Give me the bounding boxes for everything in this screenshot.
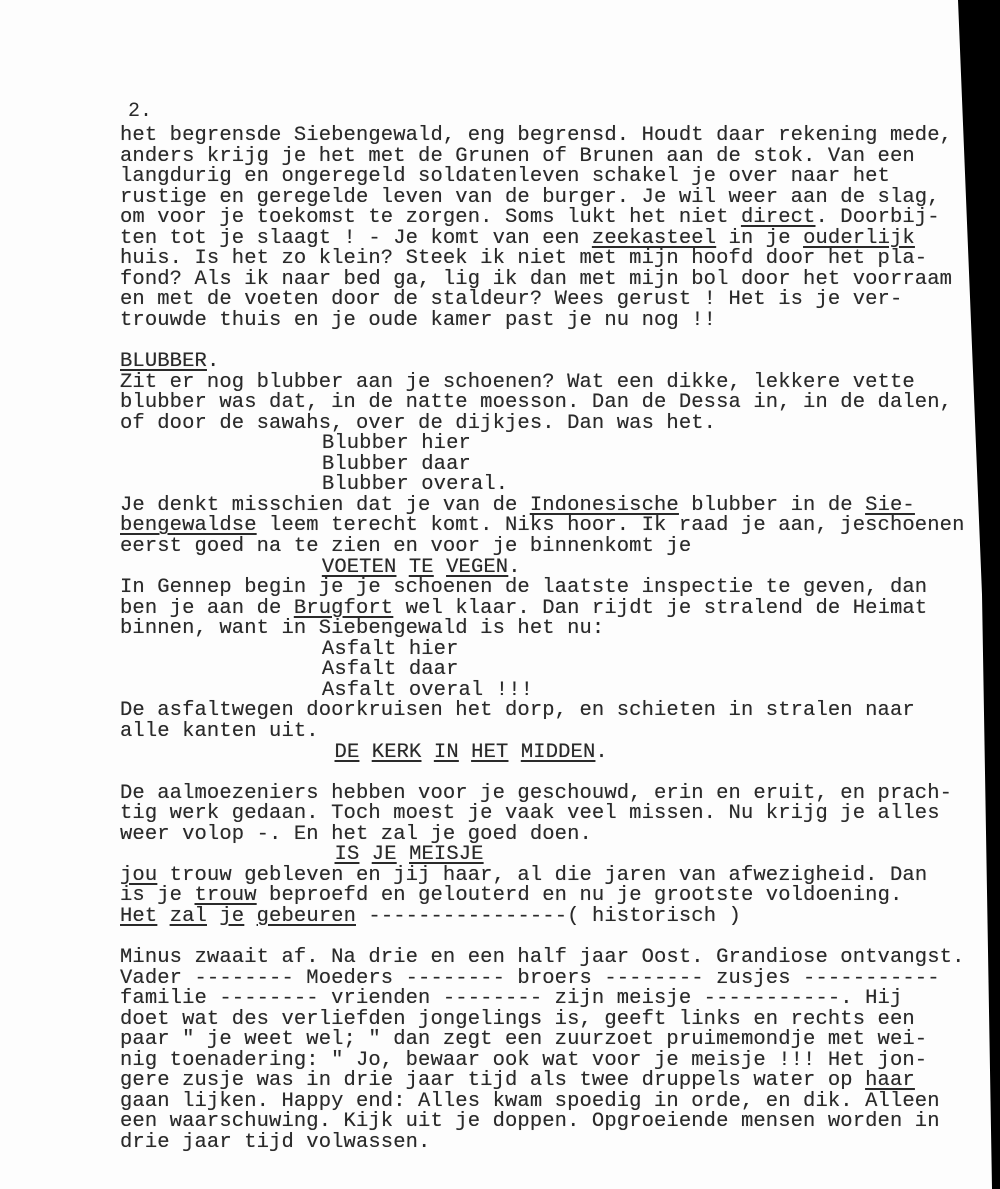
text-segment: weer volop -. En het zal je goed doen. [120, 823, 592, 846]
text-segment: in je [716, 227, 803, 250]
text-segment: het begrensde Siebengewald, eng begrensd… [120, 124, 952, 147]
underlined-text: Indonesische [530, 494, 679, 517]
text-segment: De asfaltwegen doorkruisen het dorp, en … [120, 699, 915, 722]
text-line: trouwde thuis en je oude kamer past je n… [120, 311, 716, 331]
text-line: Asfalt hier [322, 640, 459, 660]
underlined-text: direct [741, 206, 816, 229]
text-line: alle kanten uit. [120, 722, 319, 742]
scan-border [940, 0, 1000, 1189]
text-line: In Gennep begin je je schoenen de laatst… [120, 578, 927, 598]
underlined-text: Brugfort [294, 597, 393, 620]
text-segment: beproefd en gelouterd en nu je grootste … [257, 884, 903, 907]
text-segment: en met de voeten door de staldeur? Wees … [120, 288, 902, 311]
text-segment: Asfalt daar [322, 658, 459, 681]
text-line: het begrensde Siebengewald, eng begrensd… [120, 126, 952, 146]
underlined-text: zeekasteel [592, 227, 716, 250]
text-segment: gere zusje was in drie jaar tijd als twe… [120, 1069, 865, 1092]
text-segment: trouw gebleven en jij haar, al die jaren… [157, 864, 927, 887]
text-segment: ben je aan de [120, 597, 294, 620]
text-line: De asfaltwegen doorkruisen het dorp, en … [120, 701, 915, 721]
text-segment: ten tot je slaagt ! - Je komt van een [120, 227, 592, 250]
text-line: weer volop -. En het zal je goed doen. [120, 825, 592, 845]
text-segment: nig toenadering: " Jo, bewaar ook wat vo… [120, 1049, 927, 1072]
text-line: anders krijg je het met de Grunen of Bru… [120, 147, 915, 167]
text-segment: tig werk gedaan. Toch moest je vaak veel… [120, 802, 940, 825]
text-line: of door de sawahs, over de dijkjes. Dan … [120, 414, 716, 434]
text-line: BLUBBER. [120, 352, 219, 372]
text-line: Blubber daar [322, 455, 471, 475]
underlined-text: IS [335, 843, 360, 866]
underlined-text: Sie- [865, 494, 915, 517]
text-line: Het zal je gebeuren ----------------( hi… [120, 907, 741, 927]
text-segment: wel klaar. Dan rijdt je stralend de Heim… [393, 597, 927, 620]
text-segment: ----------------( historisch ) [356, 905, 741, 928]
text-segment: langdurig en ongeregeld soldatenleven sc… [120, 165, 890, 188]
text-segment [421, 741, 433, 764]
underlined-text: zal [170, 905, 207, 928]
text-line: DE KERK IN HET MIDDEN. [335, 743, 608, 763]
text-line: rustige en geregelde leven van de burger… [120, 188, 940, 208]
text-segment [397, 843, 409, 866]
text-line: binnen, want in Siebengewald is het nu: [120, 619, 604, 639]
text-segment: Blubber hier [322, 432, 471, 455]
text-segment: een waarschuwing. Kijk uit je doppen. Op… [120, 1110, 940, 1133]
text-segment: blubber in de [679, 494, 865, 517]
underlined-text: HET [471, 741, 508, 764]
text-line: tig werk gedaan. Toch moest je vaak veel… [120, 804, 940, 824]
text-line: ben je aan de Brugfort wel klaar. Dan ri… [120, 599, 927, 619]
text-segment: anders krijg je het met de Grunen of Bru… [120, 145, 915, 168]
text-segment: rustige en geregelde leven van de burger… [120, 186, 940, 209]
underlined-text: VEGEN [446, 556, 508, 579]
typewritten-page: 2. het begrensde Siebengewald, eng begre… [0, 0, 1000, 1189]
text-segment: alle kanten uit. [120, 720, 319, 743]
text-line: Zit er nog blubber aan je schoenen? Wat … [120, 373, 915, 393]
text-line: eerst goed na te zien en voor je binnenk… [120, 537, 691, 557]
underlined-text: Het [120, 905, 157, 928]
underlined-text: haar [865, 1069, 915, 1092]
text-line: paar " je weet wel; " dan zegt een zuurz… [120, 1030, 927, 1050]
text-line: gere zusje was in drie jaar tijd als twe… [120, 1071, 915, 1091]
text-segment [396, 556, 408, 579]
text-line: fond? Als ik naar bed ga, lig ik dan met… [120, 270, 952, 290]
underlined-text: MEISJE [409, 843, 484, 866]
text-line: ten tot je slaagt ! - Je komt van een ze… [120, 229, 915, 249]
text-line: blubber was dat, in de natte moesson. Da… [120, 393, 952, 413]
text-segment [508, 741, 520, 764]
text-segment [434, 556, 446, 579]
text-segment: gaan lijken. Happy end: Alles kwam spoed… [120, 1090, 940, 1113]
text-line: nig toenadering: " Jo, bewaar ook wat vo… [120, 1051, 927, 1071]
text-line: huis. Is het zo klein? Steek ik niet met… [120, 249, 927, 269]
text-segment: familie -------- vrienden -------- zijn … [120, 987, 902, 1010]
text-line: Blubber overal. [322, 475, 508, 495]
text-line: IS JE MEISJE [335, 845, 484, 865]
text-segment: is je [120, 884, 195, 907]
text-segment [157, 905, 169, 928]
text-segment: blubber was dat, in de natte moesson. Da… [120, 391, 952, 414]
text-line: Blubber hier [322, 434, 471, 454]
text-line: een waarschuwing. Kijk uit je doppen. Op… [120, 1112, 940, 1132]
text-segment: binnen, want in Siebengewald is het nu: [120, 617, 604, 640]
text-line: bengewaldse leem terecht komt. Niks hoor… [120, 516, 965, 536]
text-segment [244, 905, 256, 928]
text-line: Asfalt daar [322, 660, 459, 680]
text-segment: Asfalt overal !!! [322, 679, 533, 702]
text-line: gaan lijken. Happy end: Alles kwam spoed… [120, 1092, 940, 1112]
underlined-text: MIDDEN [521, 741, 596, 764]
underlined-text: KERK [372, 741, 422, 764]
text-segment: huis. Is het zo klein? Steek ik niet met… [120, 247, 927, 270]
text-segment: Blubber overal. [322, 473, 508, 496]
underlined-text: ouderlijk [803, 227, 915, 250]
text-line: langdurig en ongeregeld soldatenleven sc… [120, 167, 890, 187]
underlined-text: DE [335, 741, 360, 764]
text-line: om voor je toekomst te zorgen. Soms lukt… [120, 208, 940, 228]
text-segment: . [595, 741, 607, 764]
underlined-text: gebeuren [257, 905, 356, 928]
text-segment: Minus zwaait af. Na drie en een half jaa… [120, 946, 964, 969]
text-segment: Asfalt hier [322, 638, 459, 661]
text-line: Je denkt misschien dat je van de Indones… [120, 496, 915, 516]
text-segment: . [508, 556, 520, 579]
text-line: drie jaar tijd volwassen. [120, 1133, 430, 1153]
text-segment: eerst goed na te zien en voor je binnenk… [120, 535, 691, 558]
text-line: jou trouw gebleven en jij haar, al die j… [120, 866, 927, 886]
text-segment: paar " je weet wel; " dan zegt een zuurz… [120, 1028, 927, 1051]
text-segment: Zit er nog blubber aan je schoenen? Wat … [120, 371, 915, 394]
text-segment [207, 905, 219, 928]
text-line: doet wat des verliefden jongelings is, g… [120, 1010, 915, 1030]
text-segment: drie jaar tijd volwassen. [120, 1131, 430, 1154]
underlined-text: jou [120, 864, 157, 887]
text-segment: Je denkt misschien dat je van de [120, 494, 530, 517]
text-segment [359, 741, 371, 764]
underlined-text: bengewaldse [120, 514, 257, 537]
text-line: Vader -------- Moeders -------- broers -… [120, 969, 940, 989]
text-line: Asfalt overal !!! [322, 681, 533, 701]
underlined-text: JE [372, 843, 397, 866]
text-line: familie -------- vrienden -------- zijn … [120, 989, 902, 1009]
text-line: VOETEN TE VEGEN. [322, 558, 521, 578]
text-line: is je trouw beproefd en gelouterd en nu … [120, 886, 902, 906]
text-segment: fond? Als ik naar bed ga, lig ik dan met… [120, 268, 952, 291]
text-segment: of door de sawahs, over de dijkjes. Dan … [120, 412, 716, 435]
text-segment: Blubber daar [322, 453, 471, 476]
text-line: Minus zwaait af. Na drie en een half jaa… [120, 948, 964, 968]
text-segment: In Gennep begin je je schoenen de laatst… [120, 576, 927, 599]
underlined-text: trouw [195, 884, 257, 907]
text-segment: trouwde thuis en je oude kamer past je n… [120, 309, 716, 332]
text-segment: om voor je toekomst te zorgen. Soms lukt… [120, 206, 741, 229]
text-segment [459, 741, 471, 764]
text-segment: . [207, 350, 219, 373]
text-segment: leem terecht komt. Niks hoor. Ik raad je… [257, 514, 965, 537]
text-line: De aalmoezeniers hebben voor je geschouw… [120, 784, 952, 804]
underlined-text: BLUBBER [120, 350, 207, 373]
page-number: 2. [128, 100, 152, 123]
underlined-text: IN [434, 741, 459, 764]
text-segment: De aalmoezeniers hebben voor je geschouw… [120, 782, 952, 805]
text-segment [359, 843, 371, 866]
text-segment: . Doorbij- [815, 206, 939, 229]
underlined-text: je [219, 905, 244, 928]
text-segment: doet wat des verliefden jongelings is, g… [120, 1008, 915, 1031]
underlined-text: VOETEN [322, 556, 397, 579]
text-segment: Vader -------- Moeders -------- broers -… [120, 967, 940, 990]
underlined-text: TE [409, 556, 434, 579]
text-line: en met de voeten door de staldeur? Wees … [120, 290, 902, 310]
